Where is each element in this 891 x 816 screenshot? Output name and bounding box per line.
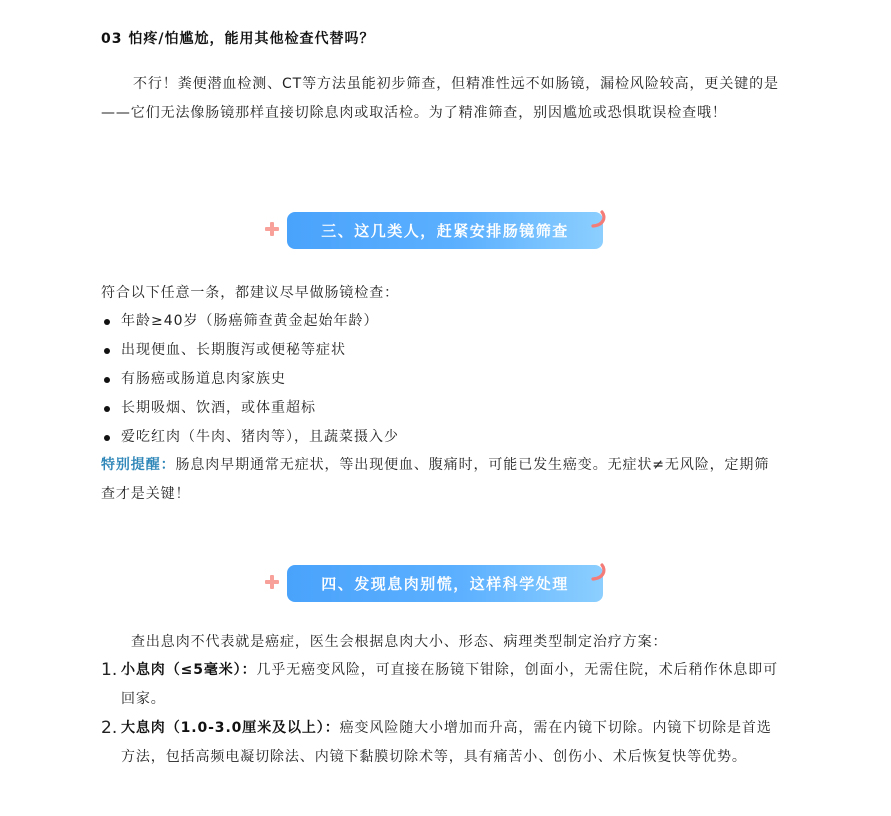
bullet-dot-icon <box>104 319 110 325</box>
item-term: 大息肉（1.0-3.0厘米及以上）： <box>121 720 340 736</box>
article-page: 03 怕疼/怕尴尬，能用其他检查代替吗？ 不行！粪便潜血检测、CT等方法虽能初步… <box>0 0 891 816</box>
plus-icon <box>265 575 279 589</box>
section-title: 三、这几类人，赶紧安排肠镜筛查 <box>287 212 603 249</box>
bullet-dot-icon <box>104 435 110 441</box>
bullet-dot-icon <box>104 406 110 412</box>
reminder-text: 肠息肉早期通常无症状，等出现便血、腹痛时，可能已发生癌变。无症状≠无风险，定期筛… <box>101 457 769 502</box>
list-item: 年龄≥40岁（肠癌筛查黄金起始年龄） <box>101 307 781 336</box>
question-answer: 不行！粪便潜血检测、CT等方法虽能初步筛查，但精准性远不如肠镜，漏检风险较高，更… <box>101 70 781 128</box>
list-item: 长期吸烟、饮酒，或体重超标 <box>101 394 781 423</box>
item-number: 2. <box>101 714 117 743</box>
section-title: 四、发现息肉别慌，这样科学处理 <box>287 565 603 602</box>
section-banner-4: 四、发现息肉别慌，这样科学处理 <box>262 560 622 606</box>
section-banner-3: 三、这几类人，赶紧安排肠镜筛查 <box>262 207 622 253</box>
list-item: 有肠癌或肠道息肉家族史 <box>101 365 781 394</box>
hook-decoration-icon <box>587 563 609 585</box>
question-heading: 03 怕疼/怕尴尬，能用其他检查代替吗？ <box>101 28 374 48</box>
special-reminder: 特别提醒：肠息肉早期通常无症状，等出现便血、腹痛时，可能已发生癌变。无症状≠无风… <box>101 451 781 509</box>
reminder-label: 特别提醒： <box>101 457 176 473</box>
item-number: 1. <box>101 656 117 685</box>
list-item: 出现便血、长期腹泻或便秘等症状 <box>101 336 781 365</box>
hook-decoration-icon <box>587 210 609 232</box>
section-intro: 查出息肉不代表就是癌症，医生会根据息肉大小、形态、病理类型制定治疗方案： <box>101 628 781 657</box>
list-item: 爱吃红肉（牛肉、猪肉等），且蔬菜摄入少 <box>101 423 781 452</box>
bullet-dot-icon <box>104 348 110 354</box>
item-term: 小息肉（≤5毫米）： <box>121 662 256 678</box>
plus-icon <box>265 222 279 236</box>
treatment-list: 1.小息肉（≤5毫米）：几乎无癌变风险，可直接在肠镜下钳除，创面小，无需住院，术… <box>101 656 781 772</box>
risk-group-list: 年龄≥40岁（肠癌筛查黄金起始年龄） 出现便血、长期腹泻或便秘等症状 有肠癌或肠… <box>101 307 781 452</box>
bullet-dot-icon <box>104 377 110 383</box>
list-item: 1.小息肉（≤5毫米）：几乎无癌变风险，可直接在肠镜下钳除，创面小，无需住院，术… <box>101 656 781 714</box>
list-item: 2.大息肉（1.0-3.0厘米及以上）：癌变风险随大小增加而升高，需在内镜下切除… <box>101 714 781 772</box>
section-intro: 符合以下任意一条，都建议尽早做肠镜检查： <box>101 279 781 308</box>
